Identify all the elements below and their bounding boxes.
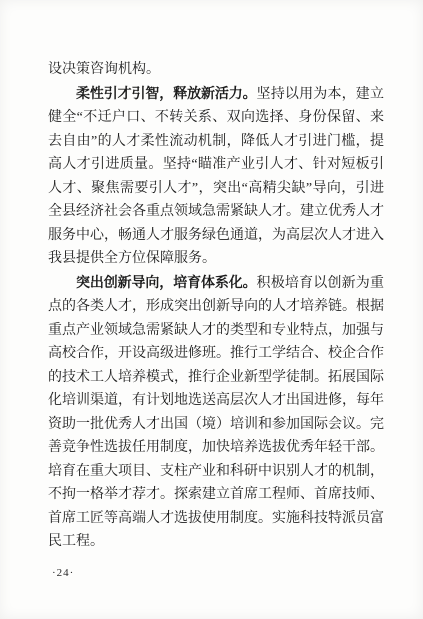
paragraph-text: 坚持以用为本，建立健全“不迁户口、不转关系、双向选择、身份保留、来去自由”的人才… — [48, 87, 384, 267]
paragraph: 突出创新导向，培育体系化。积极培育以创新为重点的各类人才，形成突出创新导向的人才… — [48, 271, 384, 554]
paragraph-lead: 突出创新导向，培育体系化。 — [76, 274, 257, 290]
page-number: ·24· — [52, 567, 74, 579]
paragraph: 设决策咨询机构。 — [48, 58, 384, 82]
paragraph-text: 积极培育以创新为重点的各类人才，形成突出创新导向的人才培养链。根据重点产业领域急… — [48, 276, 384, 550]
document-body: 设决策咨询机构。 柔性引才引智，释放新活力。坚持以用为本，建立健全“不迁户口、不… — [48, 58, 384, 554]
paragraph-text: 设决策咨询机构。 — [48, 62, 160, 77]
paragraph-lead: 柔性引才引智，释放新活力。 — [76, 85, 257, 101]
document-page: 设决策咨询机构。 柔性引才引智，释放新活力。坚持以用为本，建立健全“不迁户口、不… — [0, 0, 423, 619]
paragraph: 柔性引才引智，释放新活力。坚持以用为本，建立健全“不迁户口、不转关系、双向选择、… — [48, 82, 384, 271]
